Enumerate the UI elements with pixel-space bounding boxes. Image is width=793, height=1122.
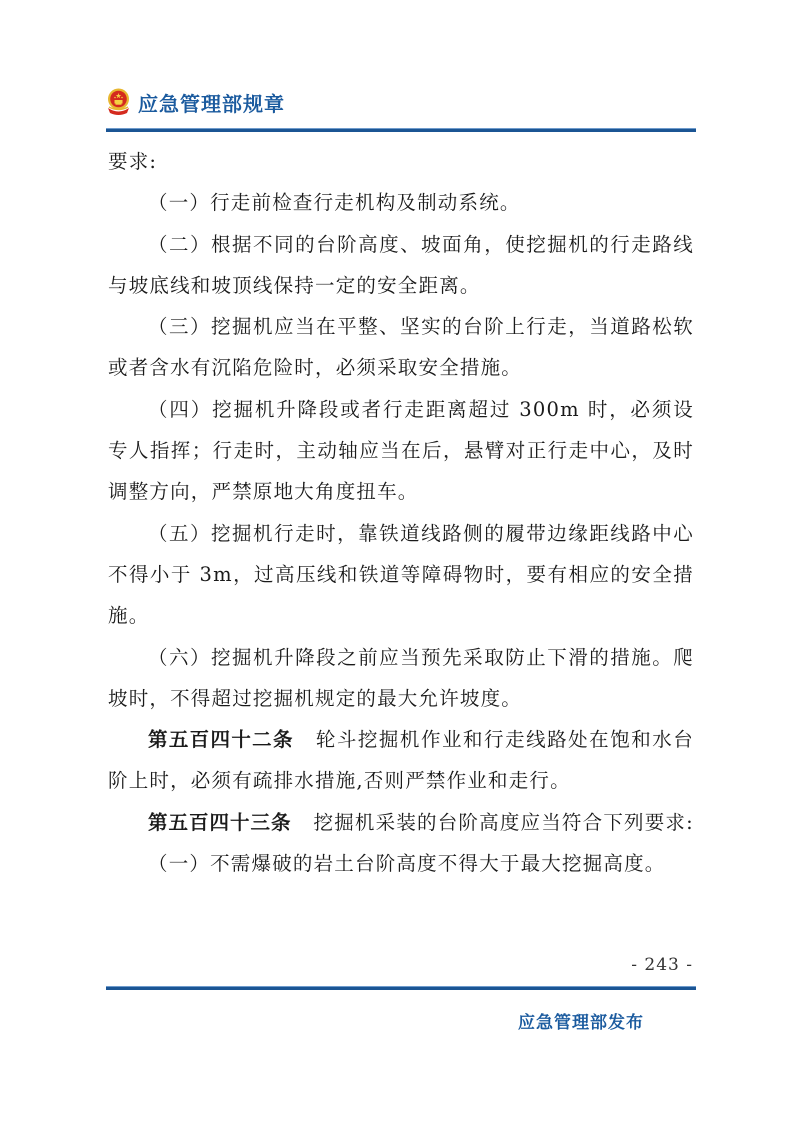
paragraph: （三）挖掘机应当在平整、坚实的台阶上行走，当道路松软或者含水有沉陷危险时，必须采… (108, 306, 694, 389)
page-number: - 243 - (631, 955, 693, 975)
article-text: 挖掘机采装的台阶高度应当符合下列要求: (314, 811, 694, 834)
paragraph: （六）挖掘机升降段之前应当预先采取防止下滑的措施。爬坡时，不得超过挖掘机规定的最… (108, 637, 694, 720)
paragraph: （二）根据不同的台阶高度、坡面角，使挖掘机的行走路线与坡底线和坡顶线保持一定的安… (108, 224, 694, 307)
document-body: 要求: （一）行走前检查行走机构及制动系统。 （二）根据不同的台阶高度、坡面角，… (108, 141, 694, 884)
paragraph: （一）行走前检查行走机构及制动系统。 (108, 182, 694, 223)
paragraph: （四）挖掘机升降段或者行走距离超过 300m 时，必须设专人指挥；行走时，主动轴… (108, 389, 694, 513)
national-emblem-icon (106, 88, 131, 116)
paragraph: （一）不需爆破的岩土台阶高度不得大于最大挖掘高度。 (108, 843, 694, 884)
article-number: 第五百四十二条 (148, 728, 294, 751)
paragraph: 要求: (108, 141, 694, 182)
paragraph: （五）挖掘机行走时，靠铁道线路侧的履带边缘距线路中心不得小于 3m，过高压线和铁… (108, 513, 694, 637)
article-paragraph: 第五百四十三条挖掘机采装的台阶高度应当符合下列要求: (108, 802, 694, 843)
header-divider (106, 128, 696, 132)
page-header: 应急管理部规章 (106, 86, 285, 118)
header-title: 应急管理部规章 (138, 88, 285, 117)
article-paragraph: 第五百四十二条轮斗挖掘机作业和行走线路处在饱和水台阶上时，必须有疏排水措施,否则… (108, 719, 694, 802)
footer-publisher: 应急管理部发布 (518, 1008, 644, 1033)
footer-divider (106, 986, 696, 990)
article-number: 第五百四十三条 (148, 811, 292, 834)
